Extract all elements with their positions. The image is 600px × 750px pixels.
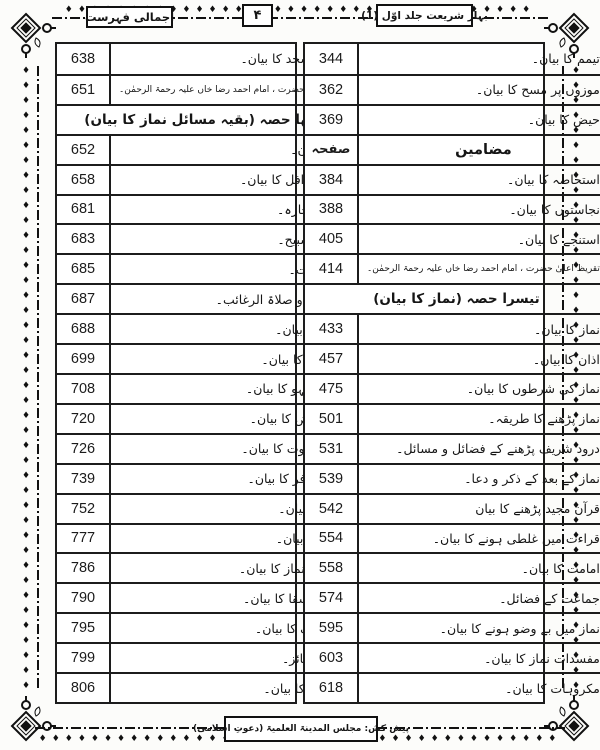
entry-title: نماز میں بے وضو ہونے کا بیان۔ [359, 614, 600, 642]
entry-page-number: 638 [57, 44, 111, 74]
entry-page-number: 362 [305, 76, 359, 104]
entry-title: موزوں پر مسح کا بیان۔ [359, 76, 600, 104]
entry-title: قراءت میں غلطی ہونے کا بیان۔ [359, 525, 600, 553]
entry-page-number: 795 [57, 614, 111, 642]
entry-page-number: 790 [57, 584, 111, 612]
toc-entry-row: 388نجاستوں کا بیان۔ [305, 194, 600, 224]
publisher-text: پیش کش: مجلس المدینۃ العلمیۃ (دعوتِ اسلا… [193, 724, 409, 734]
entry-title: جماعت کے فضائل۔ [359, 584, 600, 612]
entry-title: تقریظ اعلیٰ حضرت ، امام احمد رضا خاں علی… [359, 255, 600, 283]
entry-title: استنجے کا بیان۔ [359, 225, 600, 253]
entry-page-number: 806 [57, 674, 111, 702]
entry-page-number: 539 [305, 465, 359, 493]
corner-ornament-bottom-left-icon [6, 696, 56, 746]
left-dashdot-rule [37, 66, 39, 690]
entry-page-number: 786 [57, 554, 111, 582]
entry-page-number: 574 [305, 584, 359, 612]
toc-entry-row: 574جماعت کے فضائل۔ [305, 582, 600, 612]
entry-page-number: 531 [305, 435, 359, 463]
entry-page-number: 685 [57, 255, 111, 283]
column-header-row: صفحہمضامین [305, 134, 600, 164]
entry-page-number: 554 [305, 525, 359, 553]
corner-ornament-bottom-right-icon [544, 696, 594, 746]
entry-title: نماز پڑھنے کا طریقہ۔ [359, 405, 600, 433]
book-title: بہار شریعت جلد اوّل (1) [361, 10, 488, 22]
toc-entry-row: 539نماز کے بعد کے ذکر و دعا۔ [305, 463, 600, 493]
entry-page-number: 739 [57, 465, 111, 493]
entry-title: درود شریف پڑھنے کے فضائل و مسائل۔ [359, 435, 600, 463]
entry-page-number: 344 [305, 44, 359, 74]
toc-entry-row: 414تقریظ اعلیٰ حضرت ، امام احمد رضا خاں … [305, 253, 600, 283]
entry-page-number: 720 [57, 405, 111, 433]
section-header-row: تیسرا حصہ (نماز کا بیان) [305, 283, 600, 313]
entry-page-number: 687 [57, 285, 111, 313]
toc-entry-row: 554قراءت میں غلطی ہونے کا بیان۔ [305, 523, 600, 553]
page-number: ۴ [254, 8, 262, 23]
entry-title: حیض کا بیان۔ [359, 106, 600, 134]
toc-table-right-column: 344تیمم کا بیان۔362موزوں پر مسح کا بیان۔… [303, 42, 545, 704]
entry-page-number: 414 [305, 255, 359, 283]
entry-title: اذان کا بیان۔ [359, 345, 600, 373]
entry-page-number: 501 [305, 405, 359, 433]
entry-page-number: 652 [57, 136, 111, 164]
entry-page-number: 708 [57, 375, 111, 403]
entry-title: نماز کے بعد کے ذکر و دعا۔ [359, 465, 600, 493]
section-title: تیسرا حصہ (نماز کا بیان) [373, 291, 539, 307]
toc-title: اجمالی فہرست [85, 10, 174, 24]
entry-page-number: 405 [305, 225, 359, 253]
entry-page-number: 542 [305, 495, 359, 523]
toc-entry-row: 475نماز کی شرطوں کا بیان۔ [305, 373, 600, 403]
entry-page-number: 558 [305, 554, 359, 582]
toc-entry-row: 603مفسدات نماز کا بیان۔ [305, 642, 600, 672]
publisher-box: پیش کش: مجلس المدینۃ العلمیۃ (دعوتِ اسلا… [224, 716, 378, 742]
toc-entry-row: 531درود شریف پڑھنے کے فضائل و مسائل۔ [305, 433, 600, 463]
toc-entry-row: 405استنجے کا بیان۔ [305, 223, 600, 253]
entry-page-number: 433 [305, 315, 359, 343]
entry-title: مفسدات نماز کا بیان۔ [359, 644, 600, 672]
toc-entry-row: 542قرآن مجید پڑھنے کا بیان [305, 493, 600, 523]
entry-page-number: 651 [57, 76, 111, 104]
toc-entry-row: 595نماز میں بے وضو ہونے کا بیان۔ [305, 612, 600, 642]
toc-entry-row: 362موزوں پر مسح کا بیان۔ [305, 74, 600, 104]
toc-title-box: اجمالی فہرست [86, 6, 173, 28]
entry-page-number: 699 [57, 345, 111, 373]
entry-page-number: 603 [305, 644, 359, 672]
entry-title: استحاضہ کا بیان۔ [359, 166, 600, 194]
entry-title: نجاستوں کا بیان۔ [359, 196, 600, 224]
topics-column-header: مضامین [359, 136, 600, 164]
toc-entry-row: 501نماز پڑھنے کا طریقہ۔ [305, 403, 600, 433]
book-toc-page: ♦♦♦♦♦♦♦♦♦♦♦♦♦♦♦♦♦♦♦♦♦♦♦♦♦♦♦♦♦♦♦♦♦♦♦♦ بہا… [0, 0, 600, 750]
section-title: چوتھا حصہ (بقیہ مسائل نماز کا بیان) [84, 112, 332, 128]
book-title-box: بہار شریعت جلد اوّل (1) [376, 4, 473, 27]
corner-ornament-top-left-icon [6, 8, 56, 58]
toc-entry-row: 433نماز کا بیان۔ [305, 313, 600, 343]
corner-ornament-top-right-icon [544, 8, 594, 58]
toc-entry-row: 558امامت کا بیان۔ [305, 552, 600, 582]
entry-page-number: 369 [305, 106, 359, 134]
page-column-header: صفحہ [305, 136, 359, 164]
entry-page-number: 799 [57, 644, 111, 672]
page-number-box: ۴ [242, 4, 273, 27]
entry-page-number: 726 [57, 435, 111, 463]
entry-page-number: 681 [57, 196, 111, 224]
entry-title: نماز کا بیان۔ [359, 315, 600, 343]
entry-page-number: 688 [57, 315, 111, 343]
entry-page-number: 618 [305, 674, 359, 702]
entry-page-number: 595 [305, 614, 359, 642]
entry-page-number: 658 [57, 166, 111, 194]
left-diamond-chain-icon: ♦♦♦♦♦♦♦♦♦♦♦♦♦♦♦♦♦♦♦♦♦♦♦♦♦♦♦♦♦♦♦♦♦♦♦♦♦♦♦♦… [20, 66, 32, 690]
entry-page-number: 457 [305, 345, 359, 373]
toc-entry-row: 384استحاضہ کا بیان۔ [305, 164, 600, 194]
entry-page-number: 752 [57, 495, 111, 523]
entry-page-number: 777 [57, 525, 111, 553]
entry-page-number: 475 [305, 375, 359, 403]
entry-page-number: 388 [305, 196, 359, 224]
entry-title: قرآن مجید پڑھنے کا بیان [359, 495, 600, 523]
entry-title: نماز کی شرطوں کا بیان۔ [359, 375, 600, 403]
toc-entry-row: 369حیض کا بیان۔ [305, 104, 600, 134]
toc-table-left-column: 638احکام مسجد کا بیان۔651تقریظ اعلیٰ حضر… [55, 42, 297, 704]
entry-title: امامت کا بیان۔ [359, 554, 600, 582]
entry-page-number: 683 [57, 225, 111, 253]
toc-entry-row: 457اذان کا بیان۔ [305, 343, 600, 373]
entry-page-number: 384 [305, 166, 359, 194]
